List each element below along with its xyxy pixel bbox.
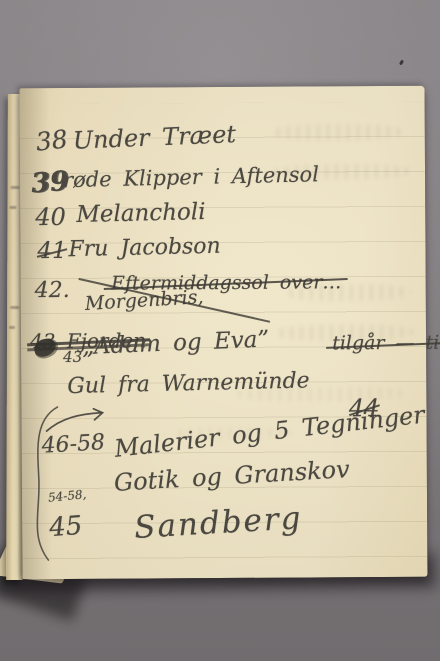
entry-number: 43 <box>63 350 82 365</box>
entry-text-struck: tilgår — til Rosen, <box>332 331 440 354</box>
entry-number-range: 46-58 <box>41 432 106 458</box>
margin-note: 54-58, <box>48 488 87 504</box>
entry-text: Sandberg <box>133 503 303 544</box>
entry-text: Melancholi <box>76 201 206 227</box>
entry-text: Under Træet <box>72 122 236 153</box>
facing-page-mark <box>9 206 16 209</box>
entry-number: 38 <box>35 126 69 154</box>
entry-text: Gotik og Granskov <box>113 457 350 495</box>
photograph-of-notebook: 38 Under Træet 39 røde Klipper i Aftenso… <box>0 0 440 661</box>
notebook-page: 38 Under Træet 39 røde Klipper i Aftenso… <box>20 86 428 579</box>
entry-number-struck: 41 <box>37 238 66 264</box>
facing-page-mark <box>11 186 20 189</box>
facing-page-mark <box>9 326 15 329</box>
facing-page-mark <box>10 306 19 309</box>
entry-text: Fru Jacobson <box>68 236 221 262</box>
entry-text: Malerier og 5 Tegninger <box>113 403 426 461</box>
entry-text: „Adam og Eva” <box>82 328 270 359</box>
entry-number: 40 <box>35 205 66 229</box>
entry-text: Gul fra Warnemünde <box>67 370 310 398</box>
entry-number: 42. <box>35 280 70 302</box>
entry-text: røde Klipper i Aftensol <box>63 164 319 191</box>
entry-number: 45 <box>48 513 83 541</box>
ink-bleedthrough <box>270 124 405 141</box>
